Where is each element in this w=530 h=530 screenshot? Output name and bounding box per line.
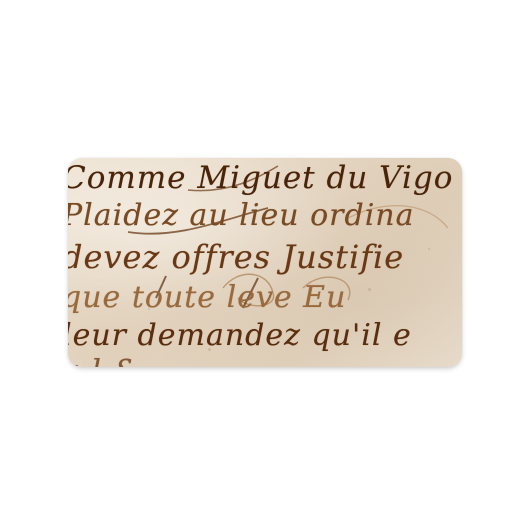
address-label: Comme Miguet du Vigo Plaidez au lieu ord… xyxy=(68,158,462,367)
handwriting-line: a l & xyxy=(68,354,140,367)
product-image-stage: Comme Miguet du Vigo Plaidez au lieu ord… xyxy=(0,0,530,530)
handwriting-line: que toute leve Eu xyxy=(68,280,346,315)
paper-speckle xyxy=(428,248,430,250)
handwriting-line: leur demandez qu'il e xyxy=(68,318,412,353)
handwriting-line: Comme Miguet du Vigo xyxy=(68,160,453,196)
handwriting-line: devez offres Justifie xyxy=(68,238,404,276)
paper-speckle xyxy=(368,288,371,291)
handwriting-line: Plaidez au lieu ordina xyxy=(68,198,415,233)
